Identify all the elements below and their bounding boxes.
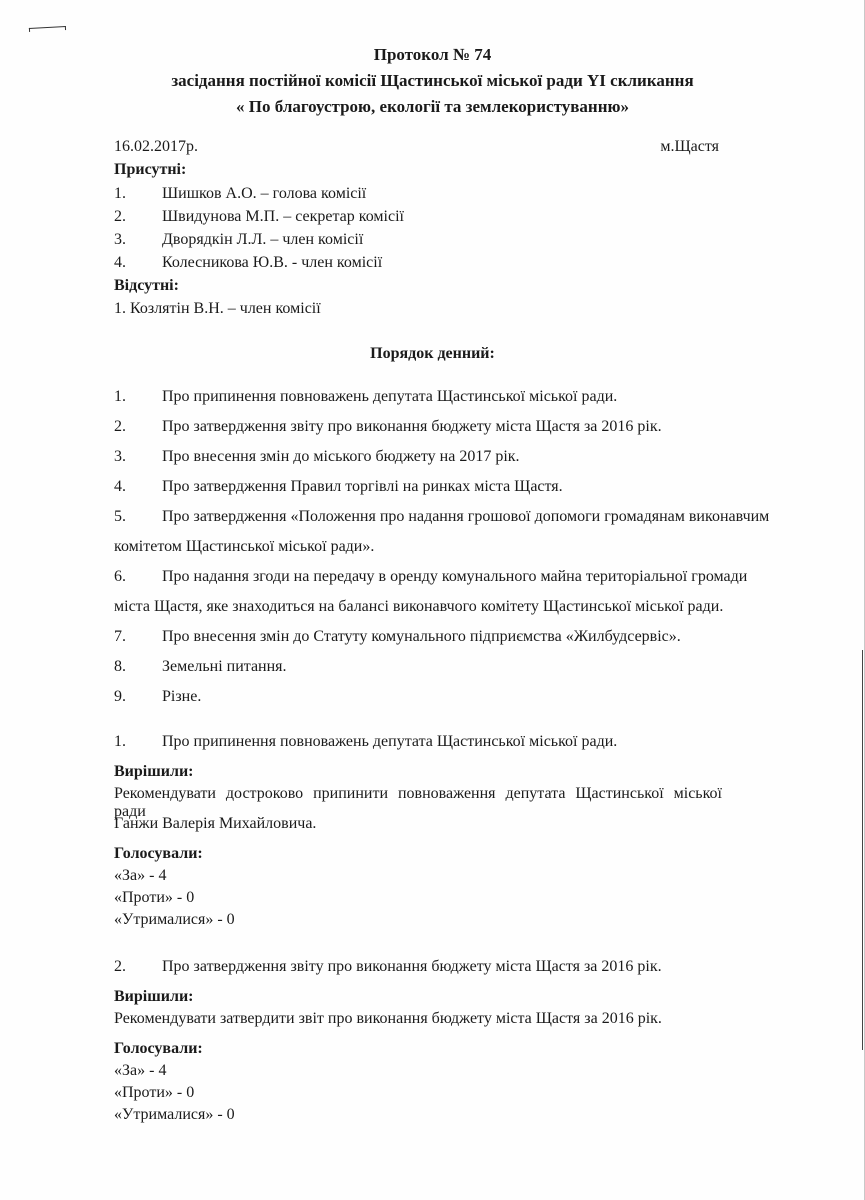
agenda-item-continuation: міста Щастя, яке знаходиться на балансі …	[114, 598, 723, 616]
section-number: 2.	[114, 958, 162, 976]
decision-text-continuation: Ганжи Валерія Михайловича.	[114, 815, 316, 833]
section-title: Про затвердження звіту про виконання бюд…	[162, 958, 662, 975]
agenda-item: 7.Про внесення змін до Статуту комунальн…	[114, 628, 681, 646]
item-number: 3.	[114, 448, 162, 466]
item-number: 4.	[114, 478, 162, 496]
vote-abstained: «Утрималися» - 0	[114, 911, 235, 929]
present-item: 3.Дворядкін Л.Л. – член комісії	[114, 231, 363, 249]
item-text: Про припинення повноважень депутата Щаст…	[162, 388, 617, 405]
agenda-item: 5.Про затвердження «Положення про наданн…	[114, 508, 769, 526]
vote-for: «За» - 4	[114, 1062, 166, 1080]
item-text: Шишков А.О. – голова комісії	[162, 185, 366, 202]
agenda-item: 1.Про припинення повноважень депутата Ща…	[114, 388, 617, 406]
committee-name: « По благоустрою, екології та землекорис…	[0, 97, 865, 117]
absent-item: 1. Козлятін В.Н. – член комісії	[114, 300, 321, 318]
item-text: Земельні питання.	[162, 658, 287, 675]
agenda-item: 2.Про затвердження звіту про виконання б…	[114, 418, 662, 436]
item-number: 1.	[114, 388, 162, 406]
item-number: 2.	[114, 418, 162, 436]
item-number: 2.	[114, 208, 162, 226]
agenda-item: 4.Про затвердження Правил торгівлі на ри…	[114, 478, 563, 496]
agenda-item: 8.Земельні питання.	[114, 658, 287, 676]
agenda-item: 6.Про надання згоди на передачу в оренду…	[114, 568, 747, 586]
vote-against: «Проти» - 0	[114, 1084, 194, 1102]
document-page: Протокол № 74 засідання постійної комісі…	[0, 0, 865, 1200]
item-number: 9.	[114, 688, 162, 706]
section-title: Про припинення повноважень депутата Щаст…	[162, 733, 617, 750]
item-text: Різне.	[162, 688, 201, 705]
item-text: Дворядкін Л.Л. – член комісії	[162, 231, 363, 248]
decided-label: Вирішили:	[114, 763, 193, 781]
item-text: Про затвердження звіту про виконання бюд…	[162, 418, 662, 435]
item-number: 8.	[114, 658, 162, 676]
item-text: Про внесення змін до міського бюджету на…	[162, 448, 520, 465]
agenda-item-continuation: комітетом Щастинської міської ради».	[114, 538, 374, 556]
voted-label: Голосували:	[114, 1040, 203, 1058]
decided-label: Вирішили:	[114, 988, 193, 1006]
protocol-title: Протокол № 74	[0, 45, 865, 65]
present-item: 2.Швидунова М.П. – секретар комісії	[114, 208, 404, 226]
item-text: Колесникова Ю.В. - член комісії	[162, 254, 382, 271]
section-heading: 1.Про припинення повноважень депутата Ща…	[114, 733, 617, 751]
item-number: 3.	[114, 231, 162, 249]
item-text: Про надання згоди на передачу в оренду к…	[162, 568, 747, 585]
agenda-title: Порядок денний:	[0, 345, 865, 363]
decision-text: Рекомендувати затвердити звіт про викона…	[114, 1010, 662, 1028]
item-text: Про затвердження «Положення про надання …	[162, 508, 769, 525]
agenda-item: 3.Про внесення змін до міського бюджету …	[114, 448, 520, 466]
present-item: 1.Шишков А.О. – голова комісії	[114, 185, 366, 203]
item-number: 1.	[114, 185, 162, 203]
item-number: 7.	[114, 628, 162, 646]
section-number: 1.	[114, 733, 162, 751]
meeting-place: м.Щастя	[660, 138, 719, 156]
item-number: 6.	[114, 568, 162, 586]
item-text: Швидунова М.П. – секретар комісії	[162, 208, 404, 225]
section-heading: 2.Про затвердження звіту про виконання б…	[114, 958, 662, 976]
voted-label: Голосували:	[114, 845, 203, 863]
present-item: 4.Колесникова Ю.В. - член комісії	[114, 254, 382, 272]
item-text: Про внесення змін до Статуту комунальног…	[162, 628, 681, 645]
item-text: Про затвердження Правил торгівлі на ринк…	[162, 478, 563, 495]
item-number: 4.	[114, 254, 162, 272]
meeting-date: 16.02.2017р.	[114, 138, 198, 156]
vote-for: «За» - 4	[114, 867, 166, 885]
item-number: 5.	[114, 508, 162, 526]
agenda-item: 9.Різне.	[114, 688, 201, 706]
meeting-subtitle: засідання постійної комісії Щастинської …	[0, 71, 865, 91]
vote-against: «Проти» - 0	[114, 889, 194, 907]
page-edge-shadow	[862, 650, 863, 1050]
present-label: Присутні:	[114, 161, 186, 179]
scan-mark	[29, 26, 66, 33]
absent-label: Відсутні:	[114, 277, 179, 295]
vote-abstained: «Утрималися» - 0	[114, 1106, 235, 1124]
